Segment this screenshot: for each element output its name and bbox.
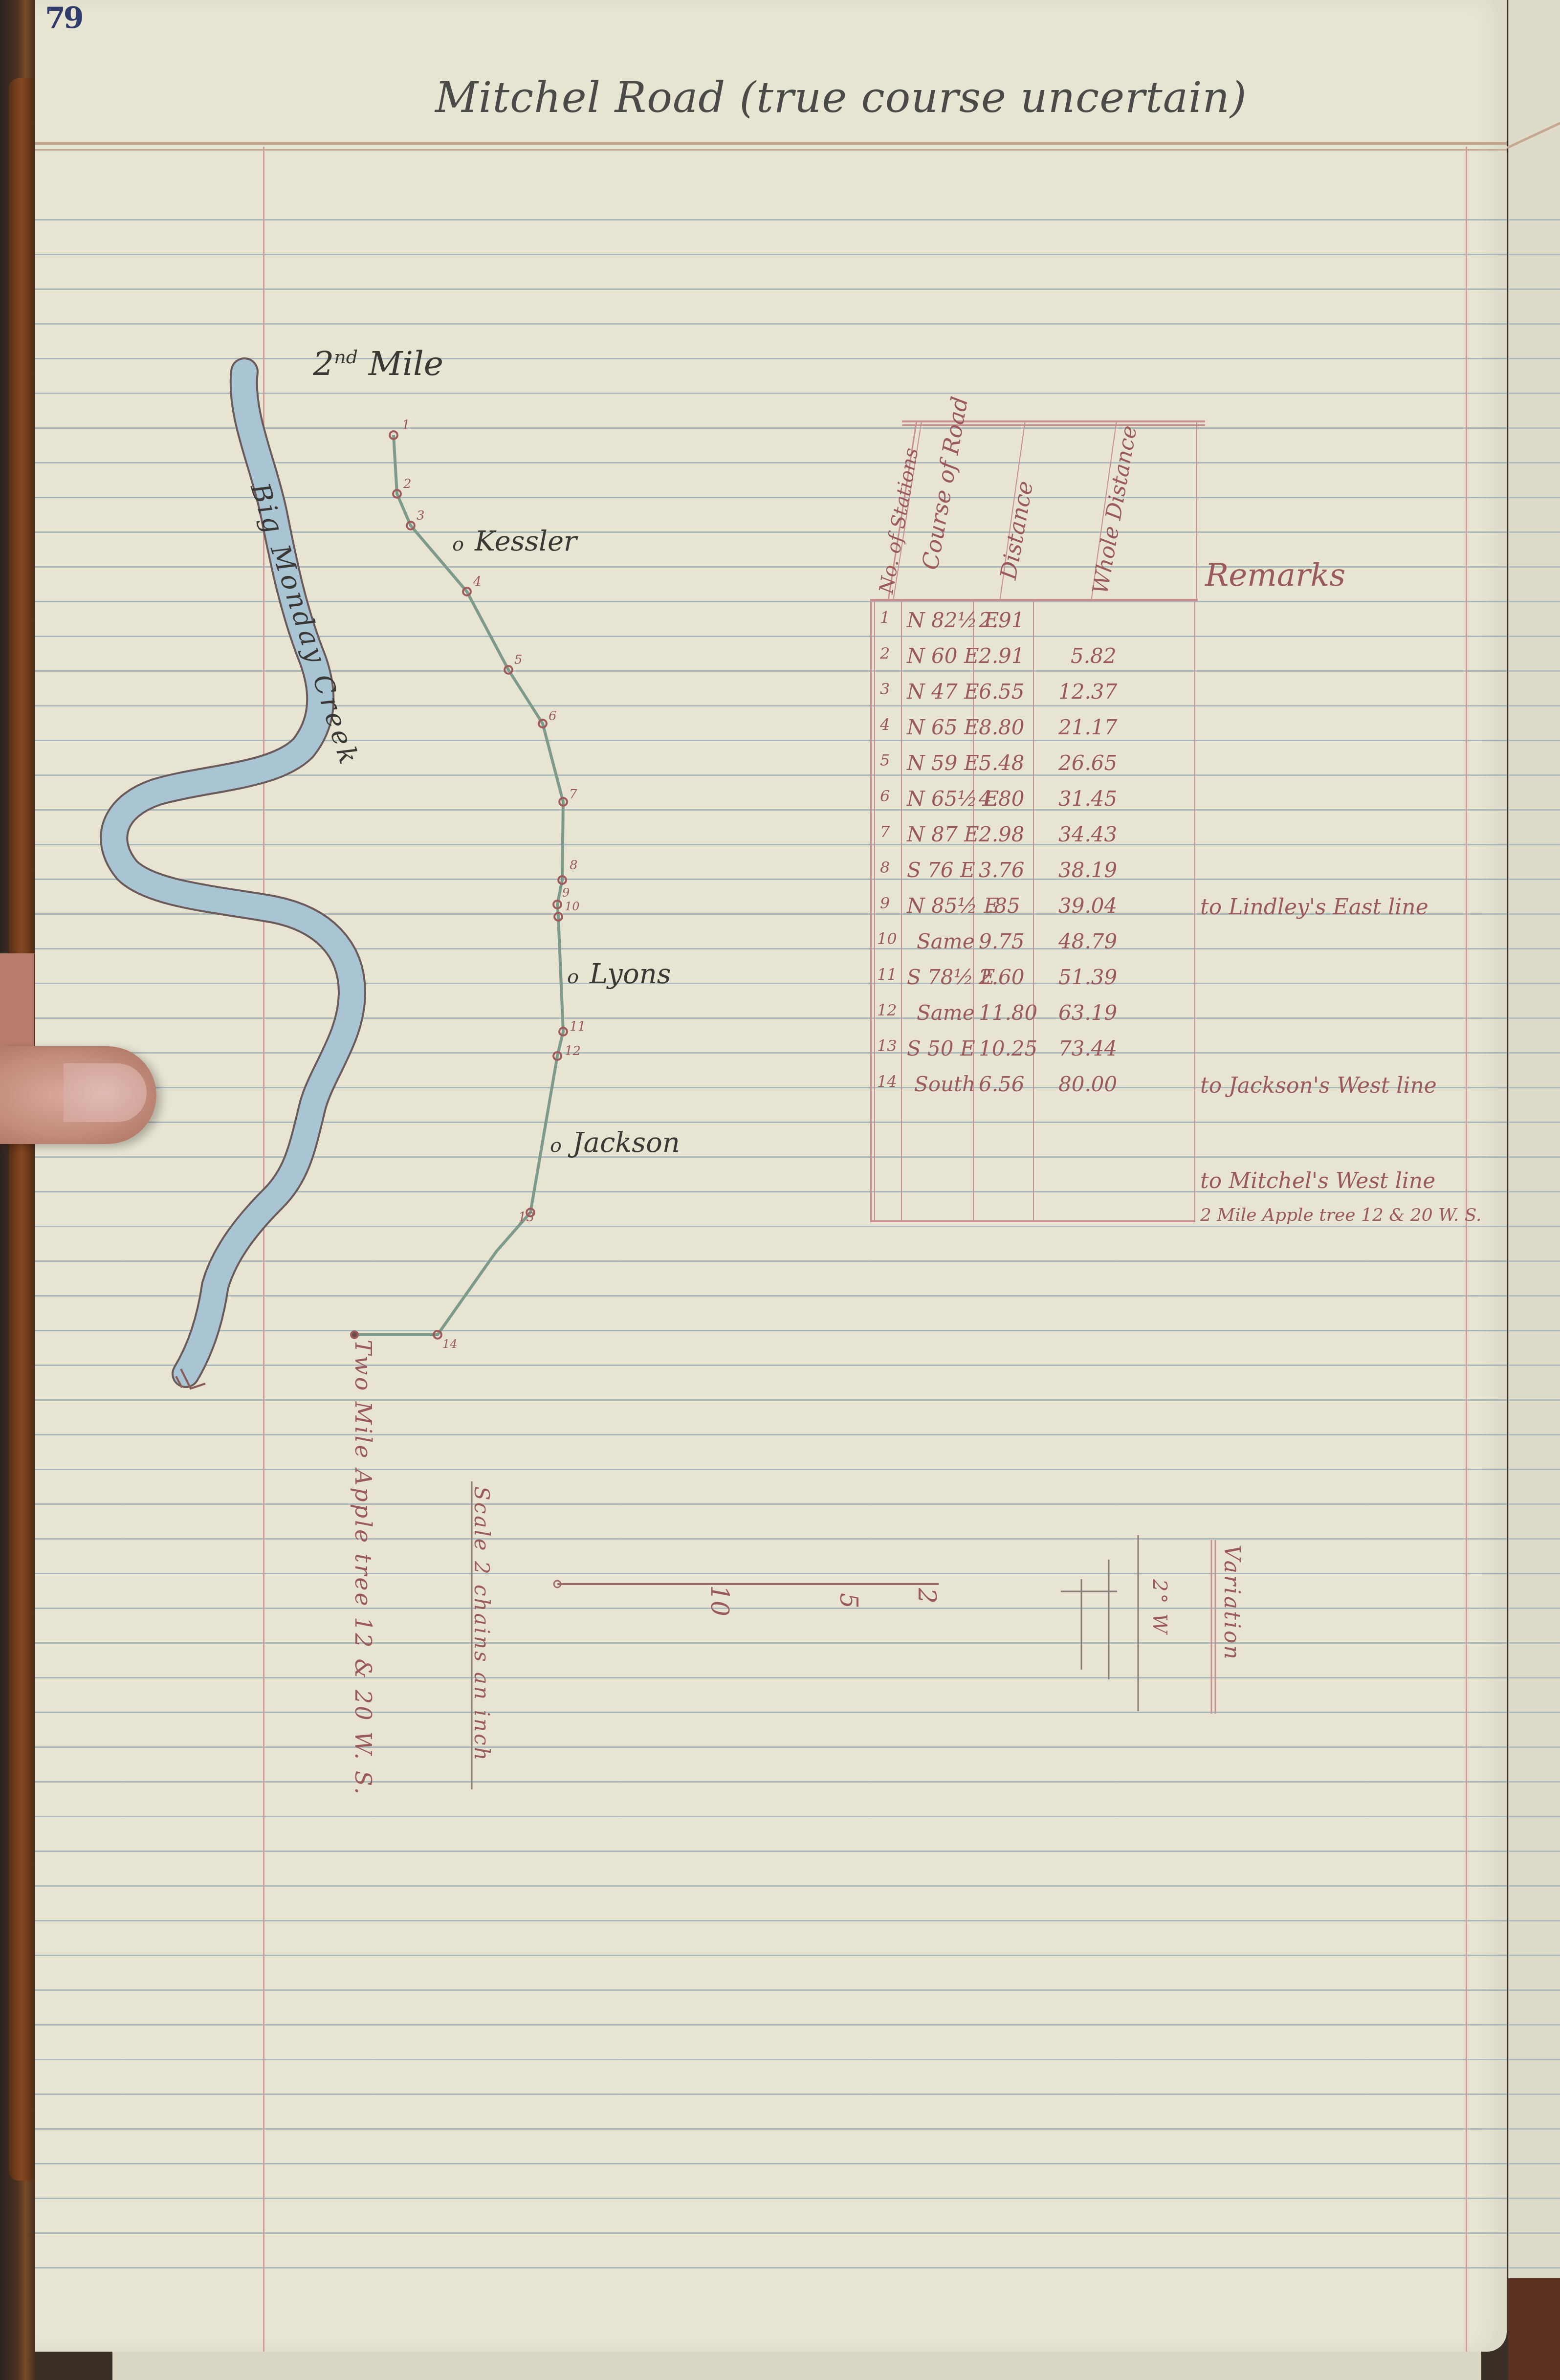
- station-label: 13: [518, 1210, 534, 1225]
- cell-whole-distance: 38.19: [1058, 858, 1117, 882]
- road-traverse-line: [354, 435, 563, 1335]
- remark-row-11: to Jackson's West line: [1200, 1073, 1437, 1098]
- cell-station: 4: [880, 715, 890, 734]
- cell-station: 2: [880, 644, 890, 662]
- table-row: 10 Same 9.75 48.79: [870, 924, 1188, 956]
- cell-course: Same: [917, 929, 975, 953]
- cell-whole-distance: 34.43: [1058, 822, 1117, 846]
- farm-name: Lyons: [590, 958, 671, 990]
- scale-bar-mark: 5: [835, 1593, 863, 1609]
- farm-marker-icon: o: [452, 533, 464, 555]
- cell-station: 13: [877, 1036, 897, 1055]
- mile-heading: 2nd Mile: [313, 345, 443, 383]
- cell-course: N 87 E: [907, 822, 979, 846]
- cell-station: 6: [880, 787, 890, 805]
- station-label: 2: [403, 477, 412, 491]
- cell-distance: 8.80: [979, 715, 1025, 739]
- column-header-station: No. of Stations: [875, 446, 923, 595]
- cell-course: Same: [917, 1001, 975, 1025]
- cell-course: South: [914, 1072, 975, 1096]
- cell-distance: 4.80: [979, 787, 1025, 811]
- table-row: 11 S 78½ E 2.60 51.39: [870, 959, 1188, 992]
- survey-table: No. of Stations Course of Road Distance …: [870, 420, 1188, 1222]
- table-row: 7 N 87 E 2.98 34.43: [870, 816, 1188, 849]
- mile-number: 2: [313, 345, 334, 383]
- cell-station: 3: [880, 680, 890, 698]
- cell-course: N 60 E: [907, 644, 979, 668]
- cell-whole-distance: 51.39: [1058, 965, 1117, 989]
- remark-row-13: to Mitchel's West line: [1200, 1168, 1435, 1193]
- cell-whole-distance: 73.44: [1058, 1036, 1117, 1060]
- farm-name: Jackson: [572, 1127, 680, 1159]
- cell-distance: 9.75: [979, 929, 1025, 953]
- station-label: 5: [514, 653, 523, 667]
- cell-distance: 6.55: [979, 680, 1025, 704]
- remark-row-14: 2 Mile Apple tree 12 & 20 W. S.: [1200, 1205, 1481, 1225]
- station-label: 4: [473, 574, 482, 589]
- cell-whole-distance: 39.04: [1058, 894, 1117, 918]
- table-row: 9 N 85½ E .85 39.04: [870, 888, 1188, 921]
- cell-course: N 59 E: [907, 751, 979, 775]
- cell-station: 14: [877, 1072, 897, 1091]
- cell-course: N 65 E: [907, 715, 979, 739]
- mile-word: Mile: [369, 345, 443, 383]
- cell-whole-distance: 5.82: [1071, 644, 1117, 668]
- table-row: 12 Same 11.80 63.19: [870, 995, 1188, 1028]
- variation-label: Variation: [1219, 1545, 1244, 1661]
- table-row: 1 N 82½ E 2.91: [870, 602, 1188, 635]
- cell-station: 8: [880, 858, 890, 877]
- hand: [0, 953, 34, 1061]
- remark-row-9: to Lindley's East line: [1200, 895, 1428, 920]
- thumbnail: [64, 1063, 147, 1122]
- cell-distance: 6.56: [979, 1072, 1025, 1096]
- remarks-header: Remarks: [1205, 557, 1345, 594]
- variation-value: 2° W: [1148, 1579, 1171, 1635]
- scale-note: Scale 2 chains an inch: [470, 1486, 494, 1763]
- station-label: 14: [442, 1337, 458, 1351]
- station-markers: [351, 431, 567, 1339]
- cell-station: 5: [880, 751, 890, 770]
- cell-course: N 47 E: [907, 680, 979, 704]
- farm-marker-icon: o: [550, 1134, 562, 1157]
- table-row: 4 N 65 E 8.80 21.17: [870, 709, 1188, 742]
- farm-label-jackson: oJackson: [550, 1127, 680, 1159]
- station-label: 11: [570, 1019, 586, 1034]
- cell-distance: 10.25: [979, 1036, 1037, 1060]
- table-row: 8 S 76 E 3.76 38.19: [870, 852, 1188, 885]
- cell-station: 1: [880, 608, 890, 627]
- mile-ordinal-suffix: nd: [334, 346, 358, 368]
- station-label: 8: [570, 858, 578, 873]
- cell-distance: 2.98: [979, 822, 1025, 846]
- farm-marker-icon: o: [567, 966, 579, 988]
- station-label: 9: [562, 886, 570, 900]
- cell-station: 7: [880, 822, 890, 841]
- station-label: 6: [549, 709, 557, 724]
- cell-whole-distance: 31.45: [1058, 787, 1117, 811]
- cell-distance: 2.91: [979, 608, 1025, 632]
- cell-whole-distance: 21.17: [1058, 715, 1117, 739]
- table-row: 3 N 47 E 6.55 12.37: [870, 674, 1188, 706]
- station-label: 1: [402, 418, 410, 433]
- cell-distance: 2.91: [979, 644, 1025, 668]
- column-header-whole-distance: Whole Distance: [1088, 423, 1142, 596]
- cell-distance: .85: [988, 894, 1020, 918]
- cell-whole-distance: 63.19: [1058, 1001, 1117, 1025]
- two-mile-tree-note: Two Mile Apple tree 12 & 20 W. S.: [350, 1340, 376, 1796]
- scale-bar-mark: 2: [913, 1588, 941, 1604]
- table-row: 14 South 6.56 80.00: [870, 1066, 1188, 1099]
- cell-whole-distance: 48.79: [1058, 929, 1117, 953]
- cell-station: 12: [877, 1001, 897, 1019]
- farm-label-lyons: oLyons: [567, 958, 671, 990]
- cell-whole-distance: 80.00: [1058, 1072, 1117, 1096]
- station-label: 7: [569, 787, 577, 802]
- scale-bar-mark: 10: [705, 1585, 734, 1616]
- cell-whole-distance: 26.65: [1058, 751, 1117, 775]
- cell-station: 10: [877, 929, 897, 948]
- cell-distance: 11.80: [979, 1001, 1037, 1025]
- table-row: 6 N 65½ E 4.80 31.45: [870, 781, 1188, 814]
- cell-station: 9: [880, 894, 890, 912]
- cell-distance: 2.60: [979, 965, 1025, 989]
- cell-course: S 76 E: [907, 858, 975, 882]
- cell-station: 11: [877, 965, 897, 984]
- cell-distance: 3.76: [979, 858, 1025, 882]
- farm-name: Kessler: [475, 526, 577, 557]
- station-label: 10: [565, 900, 580, 913]
- farm-label-kessler: oKessler: [452, 526, 577, 557]
- cell-course: S 50 E: [907, 1036, 975, 1060]
- table-row: 5 N 59 E 5.48 26.65: [870, 745, 1188, 778]
- station-label: 3: [417, 508, 425, 523]
- cell-course: N 85½ E: [907, 894, 999, 918]
- column-header-distance: Distance: [995, 479, 1038, 581]
- cell-whole-distance: 12.37: [1058, 680, 1117, 704]
- station-label: 12: [565, 1044, 581, 1058]
- cell-distance: 5.48: [979, 751, 1025, 775]
- table-row: 2 N 60 E 2.91 5.82: [870, 638, 1188, 671]
- table-row: 13 S 50 E 10.25 73.44: [870, 1031, 1188, 1063]
